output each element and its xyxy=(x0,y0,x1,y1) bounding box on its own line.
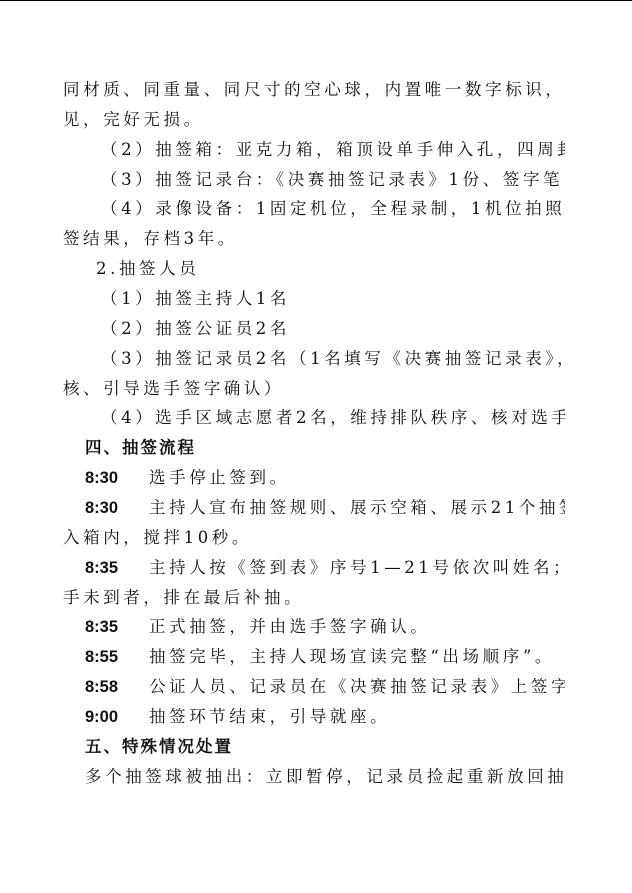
schedule-step: 8:30选手停止签到。 xyxy=(63,463,565,493)
body-text-line: （4）录像设备：1固定机位，全程录制，1机位拍照，拍摄抽 xyxy=(63,194,565,224)
step-text: 主持人宣布抽签规则、展示空箱、展示21个抽签球，倒 xyxy=(149,498,565,517)
body-text-line: 签结果，存档3年。 xyxy=(63,224,565,254)
section-heading-4: 四、抽签流程 xyxy=(63,433,565,463)
body-text-line: 见，完好无损。 xyxy=(63,105,565,135)
step-text: 主持人按《签到表》序号1—21号依次叫姓名；被叫选 xyxy=(149,558,565,577)
body-text-line: （4）选手区域志愿者2名，维持排队秩序、核对选手信息 xyxy=(63,403,565,433)
body-text-line: 多个抽签球被抽出：立即暂停，记录员捡起重新放回抽签箱并 xyxy=(63,762,565,792)
body-text-line: （2）抽签公证员2名 xyxy=(63,314,565,344)
body-text-line: （3）抽签记录员2名（1名填写《决赛抽签记录表》，1名复 xyxy=(63,344,565,374)
step-time: 8:30 xyxy=(85,494,131,523)
step-text: 抽签环节结束，引导就座。 xyxy=(149,707,390,726)
step-text: 正式抽签，并由选手签字确认。 xyxy=(149,617,430,636)
step-text: 抽签完毕，主持人现场宣读完整“出场顺序”。 xyxy=(149,647,555,666)
body-text-line: 同材质、同重量、同尺寸的空心球，内置唯一数字标识，外观不可 xyxy=(63,75,565,105)
step-continuation: 手未到者，排在最后补抽。 xyxy=(63,583,565,613)
body-text-line: （1）抽签主持人1名 xyxy=(63,284,565,314)
step-time: 9:00 xyxy=(85,703,131,732)
section-heading-5: 五、特殊情况处置 xyxy=(63,732,565,762)
schedule-step: 8:35正式抽签，并由选手签字确认。 xyxy=(63,612,565,642)
schedule-step: 9:00抽签环节结束，引导就座。 xyxy=(63,702,565,732)
step-time: 8:35 xyxy=(85,613,131,642)
schedule-step: 8:55抽签完毕，主持人现场宣读完整“出场顺序”。 xyxy=(63,642,565,672)
step-continuation: 入箱内，搅拌10秒。 xyxy=(63,523,565,553)
document-page: 同材质、同重量、同尺寸的空心球，内置唯一数字标识，外观不可 见，完好无损。 （2… xyxy=(63,75,565,792)
body-text-line: 核、引导选手签字确认） xyxy=(63,374,565,404)
schedule-step: 8:35主持人按《签到表》序号1—21号依次叫姓名；被叫选 xyxy=(63,553,565,583)
schedule-step: 8:30主持人宣布抽签规则、展示空箱、展示21个抽签球，倒 xyxy=(63,493,565,523)
step-time: 8:35 xyxy=(85,554,131,583)
page-top-border xyxy=(0,0,632,1)
step-time: 8:30 xyxy=(85,464,131,493)
body-text-line: （2）抽签箱：亚克力箱，箱顶设单手伸入孔，四周封闭不可见。 xyxy=(63,135,565,165)
schedule-step: 8:58公证人员、记录员在《决赛抽签记录表》上签字。 xyxy=(63,672,565,702)
step-time: 8:58 xyxy=(85,673,131,702)
body-text-line: （3）抽签记录台：《决赛抽签记录表》1份、签字笔1支。 xyxy=(63,165,565,195)
step-time: 8:55 xyxy=(85,643,131,672)
subsection-heading: 2.抽签人员 xyxy=(63,254,565,284)
step-text: 选手停止签到。 xyxy=(149,468,290,487)
step-text: 公证人员、记录员在《决赛抽签记录表》上签字。 xyxy=(149,677,565,696)
